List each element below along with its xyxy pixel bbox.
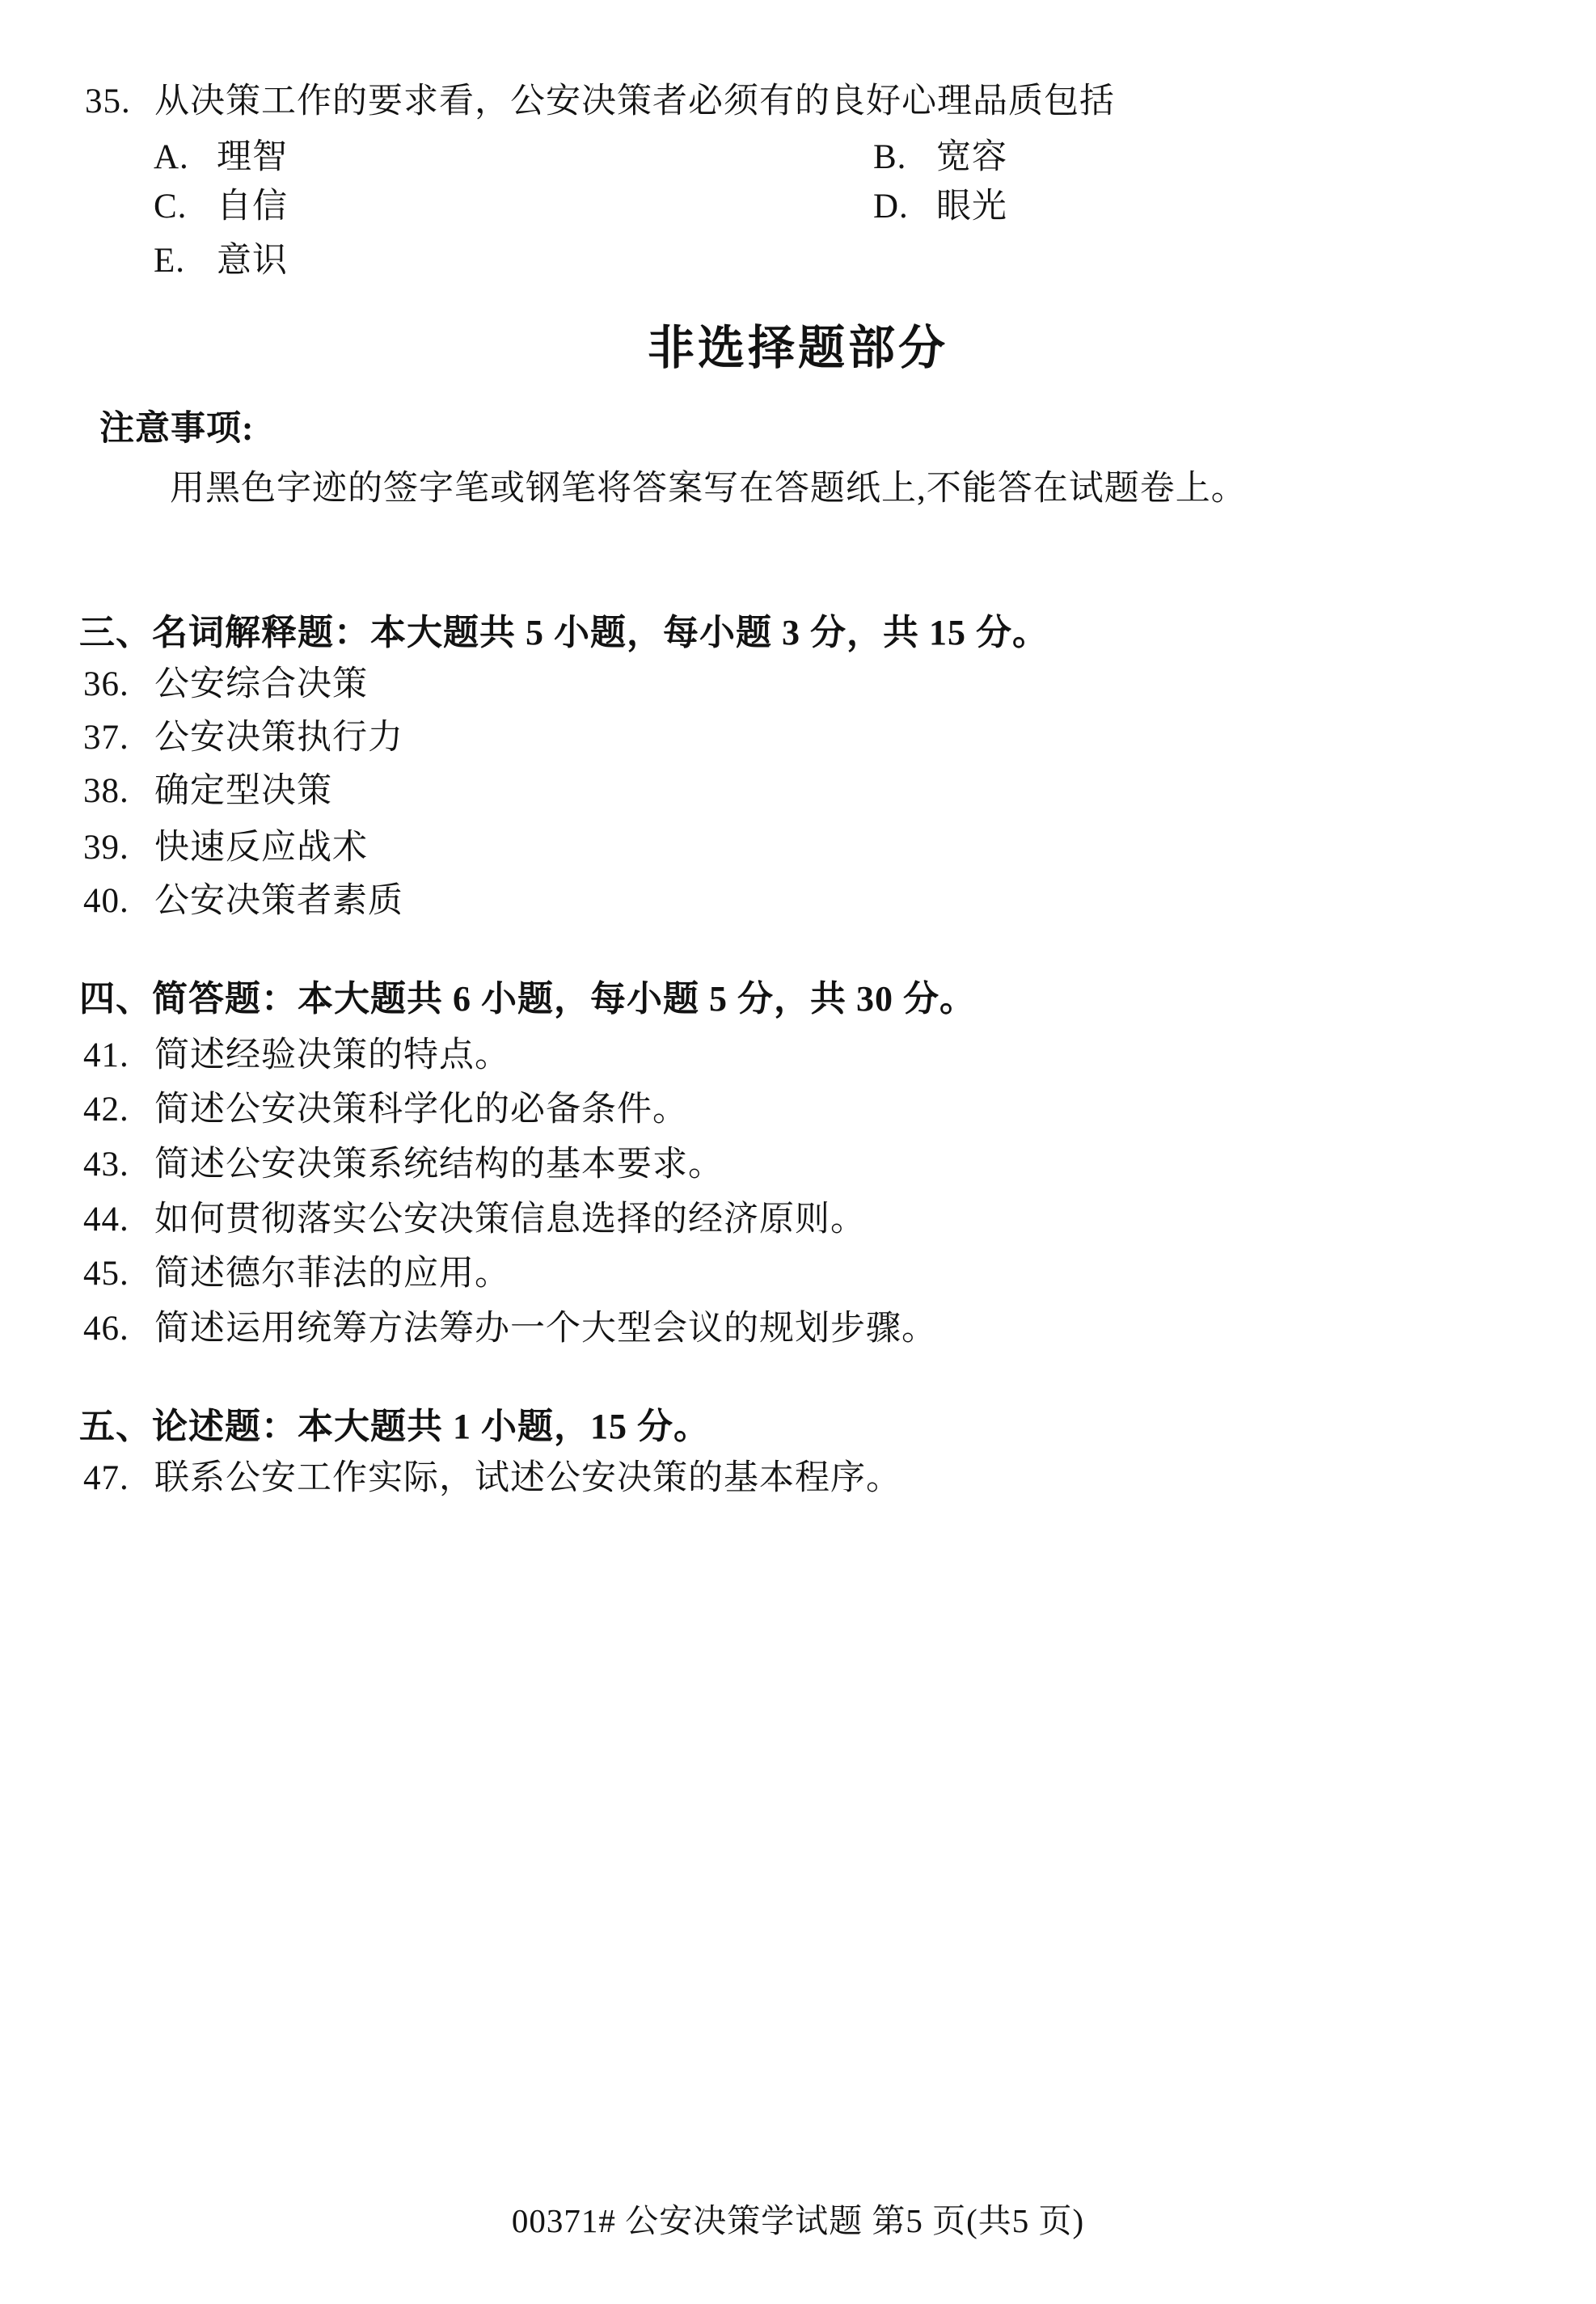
item-40-text: 公安决策者素质 <box>154 882 403 920</box>
option-c: C.自信 <box>154 187 288 226</box>
item-44-number: 44. <box>83 1200 154 1239</box>
question-35-number: 35. <box>85 82 154 121</box>
item-40-number: 40. <box>83 881 154 921</box>
option-b: B.宽容 <box>873 137 1007 177</box>
item-46-text: 简述运用统筹方法筹办一个大型会议的规划步骤。 <box>154 1310 937 1348</box>
option-d: D.眼光 <box>873 187 1007 226</box>
option-e-label: E. <box>154 241 217 281</box>
item-39-number: 39. <box>83 828 154 867</box>
item-43-text: 简述公安决策系统结构的基本要求。 <box>154 1146 724 1184</box>
option-c-text: 自信 <box>217 188 288 226</box>
item-47: 47.联系公安工作实际，试述公安决策的基本程序。 <box>83 1458 901 1498</box>
option-c-label: C. <box>154 187 217 226</box>
item-36-text: 公安综合决策 <box>154 665 368 703</box>
item-45-text: 简述德尔菲法的应用。 <box>154 1255 510 1293</box>
item-41-number: 41. <box>83 1036 154 1075</box>
option-a-text: 理智 <box>217 138 288 176</box>
item-47-number: 47. <box>83 1458 154 1498</box>
item-47-text: 联系公安工作实际，试述公安决策的基本程序。 <box>154 1459 901 1497</box>
item-40: 40.公安决策者素质 <box>83 881 403 921</box>
item-45-number: 45. <box>83 1254 154 1293</box>
item-43-number: 43. <box>83 1145 154 1184</box>
option-b-text: 宽容 <box>936 138 1007 176</box>
item-42: 42.简述公安决策科学化的必备条件。 <box>83 1090 688 1129</box>
option-b-label: B. <box>873 137 936 177</box>
page-footer: 00371# 公安决策学试题 第5 页(共5 页) <box>0 2194 1596 2242</box>
item-42-text: 简述公安决策科学化的必备条件。 <box>154 1091 688 1129</box>
item-41-text: 简述经验决策的特点。 <box>154 1036 510 1074</box>
item-39-text: 快速反应战术 <box>154 829 368 867</box>
option-d-text: 眼光 <box>936 188 1007 226</box>
option-a-label: A. <box>154 137 217 177</box>
item-39: 39.快速反应战术 <box>83 828 368 867</box>
question-35-text: 从决策工作的要求看，公安决策者必须有的良好心理品质包括 <box>154 82 1115 120</box>
item-43: 43.简述公安决策系统结构的基本要求。 <box>83 1145 724 1184</box>
item-37-text: 公安决策执行力 <box>154 719 403 757</box>
item-41: 41.简述经验决策的特点。 <box>83 1036 510 1075</box>
section-4-heading: 四、简答题：本大题共 6 小题，每小题 5 分，共 30 分。 <box>79 979 976 1020</box>
item-45: 45.简述德尔菲法的应用。 <box>83 1254 510 1293</box>
item-42-number: 42. <box>83 1090 154 1129</box>
option-e-text: 意识 <box>217 242 288 280</box>
option-a: A.理智 <box>154 137 288 177</box>
section-5-heading: 五、论述题：本大题共 1 小题，15 分。 <box>79 1407 710 1448</box>
item-37: 37.公安决策执行力 <box>83 718 403 757</box>
option-e: E.意识 <box>154 241 288 281</box>
item-38: 38.确定型决策 <box>83 771 332 811</box>
item-46-number: 46. <box>83 1309 154 1348</box>
item-36: 36.公安综合决策 <box>83 665 368 704</box>
item-38-text: 确定型决策 <box>154 772 332 810</box>
exam-page: 35.从决策工作的要求看，公安决策者必须有的良好心理品质包括 A.理智 B.宽容… <box>0 0 1596 2304</box>
notice-body: 用黑色字迹的签字笔或钢笔将答案写在答题纸上,不能答在试题卷上。 <box>170 469 1247 508</box>
item-37-number: 37. <box>83 718 154 757</box>
item-46: 46.简述运用统筹方法筹办一个大型会议的规划步骤。 <box>83 1309 937 1348</box>
item-36-number: 36. <box>83 665 154 704</box>
notice-title: 注意事项: <box>99 409 254 449</box>
item-38-number: 38. <box>83 771 154 811</box>
section-3-heading: 三、名词解释题：本大题共 5 小题，每小题 3 分，共 15 分。 <box>79 613 1049 654</box>
item-44-text: 如何贯彻落实公安决策信息选择的经济原则。 <box>154 1201 866 1239</box>
part-header: 非选择题部分 <box>0 310 1596 378</box>
question-35: 35.从决策工作的要求看，公安决策者必须有的良好心理品质包括 <box>85 82 1115 121</box>
option-d-label: D. <box>873 187 936 226</box>
item-44: 44.如何贯彻落实公安决策信息选择的经济原则。 <box>83 1200 866 1239</box>
